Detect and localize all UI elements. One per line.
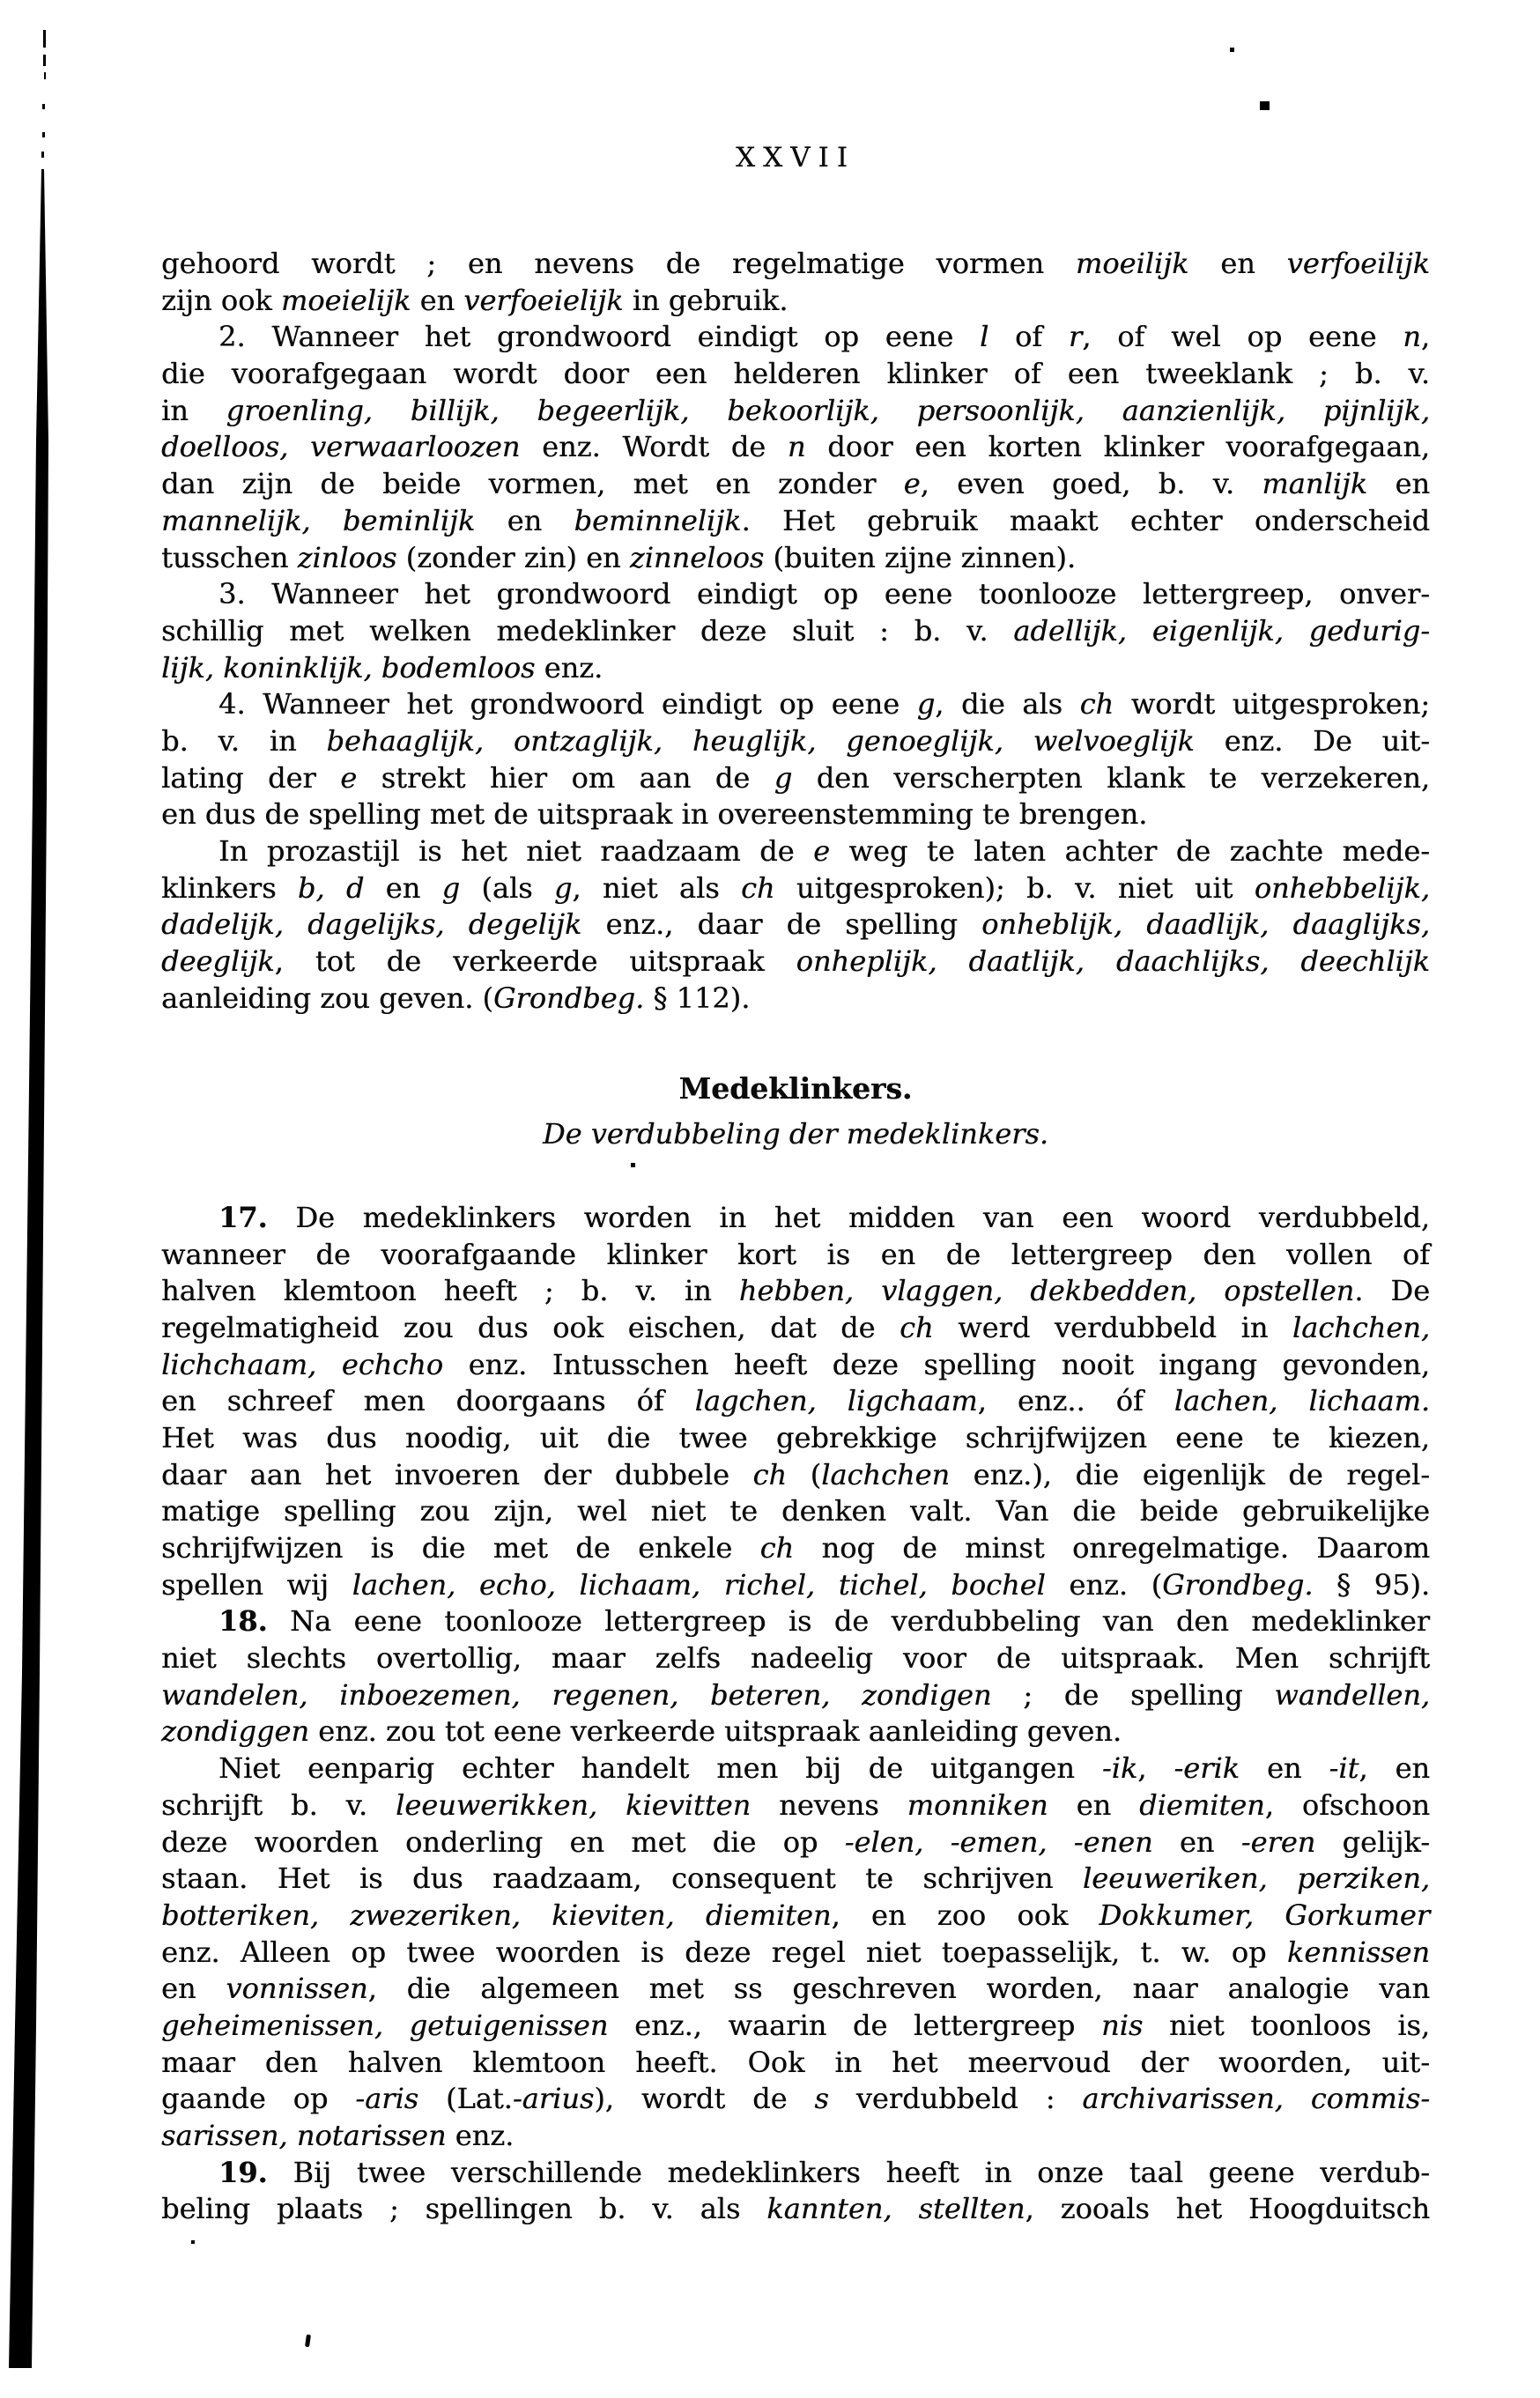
italic-text: onheplijk, daatlijk, daachlijks, deechli… <box>796 944 1430 978</box>
plain-text: enz. <box>447 2119 515 2152</box>
italic-text: -elen, -emen, -enen <box>845 1825 1153 1859</box>
text-line: beling plaats ; spellingen b. v. als kan… <box>161 2191 1430 2228</box>
italic-text: sarissen, notarissen <box>161 2119 447 2152</box>
italic-text: Grondbeg. <box>493 981 644 1015</box>
italic-text: lagchen, ligchaam <box>695 1384 978 1417</box>
plain-text: § 95). <box>1313 1568 1430 1602</box>
italic-text: e <box>904 467 921 500</box>
italic-text: kannten, stellten <box>766 2192 1025 2225</box>
text-line: geheimenissen, getuigenissen enz., waari… <box>161 2008 1430 2045</box>
plain-text: maar den halven klemtoon heeft. Ook in h… <box>161 2046 1430 2079</box>
italic-text: verfoeilijk <box>1287 247 1430 280</box>
plain-text: of <box>988 320 1069 353</box>
italic-text: kennissen <box>1287 1935 1430 1969</box>
plain-text: verdubbeld : <box>829 2082 1083 2115</box>
italic-text: diemiten <box>1139 1788 1265 1822</box>
italic-text: ch <box>753 1458 788 1491</box>
plain-text: , en zoo ook <box>832 1898 1099 1932</box>
plain-text: niet toonloos is, <box>1143 2009 1430 2042</box>
italic-text: s <box>814 2082 828 2115</box>
italic-text: zinloos <box>298 541 397 574</box>
italic-text: deeglijk <box>161 944 275 978</box>
plain-text: en dus de spelling met de uitspraak in o… <box>161 797 1147 831</box>
italic-text: moeilijk <box>1076 247 1189 280</box>
plain-text: uitgesproken); b. v. niet uit <box>775 871 1255 905</box>
italic-text: leeuwerikken, kievitten <box>396 1788 751 1822</box>
text-line: 2. Wanneer het grondwoord eindigt op een… <box>161 319 1430 356</box>
italic-text: lachen, echo, lichaam, richel, tichel, b… <box>352 1568 1046 1602</box>
plain-text: tusschen <box>161 541 298 574</box>
text-line: doelloos, verwaarloozen enz. Wordt de n … <box>161 429 1430 466</box>
italic-text: lachchen, <box>1292 1311 1430 1344</box>
text-line: 19. Bij twee verschillende medeklinkers … <box>161 2155 1430 2192</box>
section-heading: Medeklinkers. <box>161 1070 1430 1107</box>
paragraph-block-1: gehoord wordt ; en nevens de regelmatige… <box>161 246 1430 1017</box>
plain-text: 3. Wanneer het grondwoord eindigt op een… <box>218 577 1430 611</box>
text-line: 18. Na eene toonlooze lettergreep is de … <box>161 1603 1430 1640</box>
text-line: spellen wij lachen, echo, lichaam, riche… <box>161 1567 1430 1604</box>
italic-text: g <box>917 687 935 721</box>
text-line: daar aan het invoeren der dubbele ch (la… <box>161 1457 1430 1494</box>
plain-text: enz. Intusschen heeft deze spelling nooi… <box>443 1348 1430 1381</box>
italic-text: g <box>774 761 792 795</box>
italic-text: Grondbeg. <box>1162 1568 1313 1602</box>
plain-text: ( <box>787 1458 821 1491</box>
text-line: lijk, koninklijk, bodemloos enz. <box>161 650 1430 687</box>
plain-text: , die algemeen met ss geschreven worden,… <box>368 1972 1430 2005</box>
plain-text: enz. Alleen op twee woorden is deze rege… <box>161 1935 1287 1969</box>
italic-text: -aris <box>355 2082 418 2115</box>
italic-text: b, d <box>298 871 364 905</box>
plain-text: enz. ( <box>1046 1568 1162 1602</box>
plain-text: en <box>1153 1825 1241 1859</box>
italic-text: lachen, lichaam. <box>1174 1384 1430 1417</box>
plain-text: . De <box>1354 1274 1430 1307</box>
italic-text: l <box>980 320 988 353</box>
italic-text: g <box>554 871 572 905</box>
italic-text: adellijk, eigenlijk, gedurig- <box>1013 614 1430 648</box>
plain-text: klinkers <box>161 871 298 905</box>
text-line: wanneer de voorafgaande klinker kort is … <box>161 1237 1430 1274</box>
italic-text: n <box>1403 320 1421 353</box>
text-line: schrijft b. v. leeuwerikken, kievitten n… <box>161 1787 1430 1824</box>
italic-text: ch <box>1080 687 1114 721</box>
text-line: schillig met welken medeklinker deze slu… <box>161 613 1430 650</box>
italic-text: ch <box>900 1311 934 1344</box>
plain-text: , ofschoon <box>1265 1788 1430 1822</box>
italic-text: e <box>340 761 357 795</box>
italic-text: -arius <box>513 2082 594 2115</box>
italic-text: leeuweriken, perziken, <box>1083 1861 1430 1895</box>
italic-text: behaaglijk, ontzaglijk, heuglijk, genoeg… <box>326 724 1194 758</box>
plain-text: en <box>475 504 574 537</box>
italic-text: e <box>813 834 830 868</box>
text-line: 17. De medeklinkers worden in het midden… <box>161 1200 1430 1237</box>
italic-text: groenling, billijk, begeerlijk, bekoorli… <box>226 394 1430 427</box>
plain-text: (Lat. <box>418 2082 513 2115</box>
plain-text: enz. <box>535 651 603 685</box>
plain-text: daar aan het invoeren der dubbele <box>161 1458 753 1491</box>
text-line: enz. Alleen op twee woorden is deze rege… <box>161 1935 1430 1972</box>
section-subheading: De verdubbeling der medeklinkers. <box>161 1116 1430 1153</box>
plain-text: enz. zou tot eene verkeerde uitspraak aa… <box>309 1714 1122 1748</box>
text-line: mannelijk, beminlijk en beminnelijk. Het… <box>161 503 1430 540</box>
plain-text: werd verdubbeld in <box>934 1311 1292 1344</box>
text-line: wandelen, inboezemen, regenen, beteren, … <box>161 1677 1430 1714</box>
plain-text: , die als <box>935 687 1079 721</box>
text-line: deeglijk, tot de verkeerde uitspraak onh… <box>161 944 1430 981</box>
ink-speck <box>1230 48 1234 52</box>
plain-text: enz.), die eigenlijk de regel- <box>950 1458 1430 1491</box>
plain-text: spellen wij <box>161 1568 352 1602</box>
plain-text: (buiten zijne zinnen). <box>764 541 1076 574</box>
italic-text: -eren <box>1241 1825 1316 1859</box>
italic-text: geheimenissen, getuigenissen <box>161 2009 608 2042</box>
italic-text: manlijk <box>1262 467 1367 500</box>
text-line: Niet eenparig echter handelt men bij de … <box>161 1750 1430 1787</box>
italic-text: -it <box>1329 1751 1359 1785</box>
plain-text: die voorafgegaan wordt door een helderen… <box>161 357 1430 390</box>
text-line: gehoord wordt ; en nevens de regelmatige… <box>161 246 1430 283</box>
plain-text: schrijfwijzen is die met de enkele <box>161 1531 760 1565</box>
scan-binding-artifact <box>0 0 79 2398</box>
italic-text: beminnelijk <box>574 504 742 537</box>
plain-text: b. v. in <box>161 724 326 758</box>
text-line: dan zijn de beide vormen, met en zonder … <box>161 466 1430 503</box>
text-line: zijn ook moeielijk en verfoeielijk in ge… <box>161 283 1430 320</box>
plain-text: schrijft b. v. <box>161 1788 396 1822</box>
italic-text: botteriken, zwezeriken, kieviten, diemit… <box>161 1898 832 1932</box>
italic-text: Dokkumer, Gorkumer <box>1099 1898 1431 1932</box>
text-line: niet slechts overtollig, maar zelfs nade… <box>161 1640 1430 1677</box>
italic-text: doelloos, verwaarloozen <box>161 430 520 463</box>
plain-text: ; de spelling <box>992 1678 1275 1712</box>
plain-text: strekt hier om aan de <box>357 761 774 795</box>
text-line: tusschen zinloos (zonder zin) en zinnelo… <box>161 540 1430 577</box>
bold-text: 17. <box>218 1201 268 1234</box>
text-line: deze woorden onderling en met die op -el… <box>161 1824 1430 1861</box>
text-line: Het was dus noodig, uit die twee gebrekk… <box>161 1420 1430 1457</box>
plain-text: (als <box>460 871 554 905</box>
plain-text: Na eene toonlooze lettergreep is de verd… <box>268 1604 1430 1638</box>
text-line: b. v. in behaaglijk, ontzaglijk, heuglij… <box>161 723 1430 760</box>
italic-text: -ik <box>1102 1751 1137 1785</box>
plain-text: enz. De uit- <box>1195 724 1430 758</box>
text-line: In prozastijl is het niet raadzaam de e … <box>161 833 1430 870</box>
text-line: die voorafgegaan wordt door een helderen… <box>161 356 1430 393</box>
plain-text: De medeklinkers worden in het midden van… <box>268 1201 1430 1234</box>
italic-text: archivarissen, commis- <box>1082 2082 1430 2115</box>
italic-text: wandelen, inboezemen, regenen, beteren, … <box>161 1678 992 1712</box>
plain-text: gehoord wordt ; en nevens de regelmatige… <box>161 247 1076 280</box>
plain-text: en schreef men doorgaans óf <box>161 1384 695 1417</box>
bold-text: 18. <box>218 1604 268 1638</box>
page-number: XXVII <box>161 142 1430 174</box>
plain-text: Bij twee verschillende medeklinkers heef… <box>268 2156 1430 2189</box>
italic-text: vonnissen <box>226 1972 367 2005</box>
paragraph-block-2: 17. De medeklinkers worden in het midden… <box>161 1200 1430 2228</box>
plain-text: door een korten klinker voorafgegaan, <box>805 430 1430 463</box>
ink-speck <box>305 2335 311 2348</box>
plain-text: enz., waarin de lettergreep <box>608 2009 1101 2042</box>
plain-text: gaande op <box>161 2082 355 2115</box>
plain-text: . Het gebruik maakt echter onderscheid <box>741 504 1430 537</box>
plain-text: Het was dus noodig, uit die twee gebrekk… <box>161 1421 1430 1454</box>
text-line: in groenling, billijk, begeerlijk, bekoo… <box>161 393 1430 430</box>
plain-text: den verscherpten klank te verzekeren, <box>792 761 1430 795</box>
italic-text: ch <box>741 871 775 905</box>
plain-text: nog de minst onregelmatige. Daarom <box>794 1531 1430 1565</box>
plain-text: regelmatigheid zou dus ook eischen, dat … <box>161 1311 900 1344</box>
italic-text: moeielijk <box>281 284 411 317</box>
italic-text: zondiggen <box>161 1714 309 1748</box>
italic-text: r <box>1069 320 1082 353</box>
plain-text: deze woorden onderling en met die op <box>161 1825 845 1859</box>
plain-text: nevens <box>751 1788 907 1822</box>
italic-text: onheblijk, daadlijk, daaglijks, <box>981 907 1430 941</box>
plain-text: en <box>1048 1788 1139 1822</box>
text-line: gaande op -aris (Lat.-arius), wordt de s… <box>161 2081 1430 2118</box>
text-line: lating der e strekt hier om aan de g den… <box>161 760 1430 797</box>
plain-text: Niet eenparig echter handelt men bij de … <box>218 1751 1102 1785</box>
italic-text: n <box>788 430 806 463</box>
bold-text: 19. <box>218 2156 268 2189</box>
text-line: 4. Wanneer het grondwoord eindigt op een… <box>161 686 1430 723</box>
plain-text: In prozastijl is het niet raadzaam de <box>218 834 813 868</box>
plain-text: 2. Wanneer het grondwoord eindigt op een… <box>218 320 980 353</box>
plain-text: niet slechts overtollig, maar zelfs nade… <box>161 1641 1430 1675</box>
plain-text: matige spelling zou zijn, wel niet te de… <box>161 1494 1430 1528</box>
ink-speck <box>191 2240 195 2244</box>
plain-text: weg te laten achter de zachte mede- <box>830 834 1430 868</box>
italic-text: ch <box>760 1531 795 1565</box>
italic-text: wandellen, <box>1274 1678 1430 1712</box>
italic-text: hebben, vlaggen, dekbedden, opstellen <box>739 1274 1354 1307</box>
plain-text: zijn ook <box>161 284 281 317</box>
italic-text: verfoeielijk <box>463 284 623 317</box>
text-line: en schreef men doorgaans óf lagchen, lig… <box>161 1383 1430 1420</box>
plain-text: gelijk- <box>1315 1825 1430 1859</box>
plain-text: , <box>1421 320 1430 353</box>
text-line: maar den halven klemtoon heeft. Ook in h… <box>161 2045 1430 2082</box>
text-line: klinkers b, d en g (als g, niet als ch u… <box>161 870 1430 907</box>
plain-text: staan. Het is dus raadzaam, consequent t… <box>161 1861 1083 1895</box>
text-line: lichchaam, echcho enz. Intusschen heeft … <box>161 1347 1430 1384</box>
italic-text: dadelijk, dagelijks, degelijk <box>161 907 581 941</box>
plain-text: en <box>161 1972 226 2005</box>
plain-text: wanneer de voorafgaande klinker kort is … <box>161 1238 1430 1271</box>
italic-text: lijk, koninklijk, bodemloos <box>161 651 535 685</box>
document-page: XXVII gehoord wordt ; en nevens de regel… <box>0 0 1540 2398</box>
text-line: en vonnissen, die algemeen met ss geschr… <box>161 1971 1430 2008</box>
plain-text: , zooals het Hoogduitsch <box>1025 2192 1430 2225</box>
text-line: sarissen, notarissen enz. <box>161 2118 1430 2155</box>
italic-text: onhebbelijk, <box>1255 871 1430 905</box>
plain-text: dan zijn de beide vormen, met en zonder <box>161 467 904 500</box>
plain-text: , <box>1137 1751 1174 1785</box>
plain-text: en <box>411 284 463 317</box>
plain-text: 4. Wanneer het grondwoord eindigt op een… <box>218 687 917 721</box>
text-line: halven klemtoon heeft ; b. v. in hebben,… <box>161 1273 1430 1310</box>
text-line: regelmatigheid zou dus ook eischen, dat … <box>161 1310 1430 1347</box>
italic-text: lachchen <box>821 1458 950 1491</box>
plain-text: beling plaats ; spellingen b. v. als <box>161 2192 766 2225</box>
plain-text: § 112). <box>644 981 750 1015</box>
plain-text: , enz.. óf <box>978 1384 1174 1417</box>
plain-text: en <box>1188 247 1286 280</box>
italic-text: nis <box>1101 2009 1143 2042</box>
text-line: 3. Wanneer het grondwoord eindigt op een… <box>161 576 1430 613</box>
plain-text: enz., daar de spelling <box>581 907 981 941</box>
plain-text: en <box>364 871 441 905</box>
plain-text: , even goed, b. v. <box>921 467 1262 500</box>
italic-text: zinneloos <box>630 541 764 574</box>
plain-text: in gebruik. <box>624 284 789 317</box>
plain-text: halven klemtoon heeft ; b. v. in <box>161 1274 739 1307</box>
italic-text: mannelijk, beminlijk <box>161 504 475 537</box>
plain-text: , niet als <box>572 871 741 905</box>
plain-text: enz. Wordt de <box>520 430 788 463</box>
text-line: staan. Het is dus raadzaam, consequent t… <box>161 1861 1430 1898</box>
plain-text: en <box>1240 1751 1329 1785</box>
plain-text: , en <box>1359 1751 1430 1785</box>
plain-text: (zonder zin) en <box>396 541 629 574</box>
plain-text: ), wordt de <box>594 2082 814 2115</box>
plain-text: en <box>1367 467 1430 500</box>
plain-text: , tot de verkeerde uitspraak <box>275 944 796 978</box>
ink-speck <box>1260 101 1270 110</box>
plain-text: schillig met welken medeklinker deze slu… <box>161 614 1013 648</box>
text-line: schrijfwijzen is die met de enkele ch no… <box>161 1530 1430 1567</box>
text-line: botteriken, zwezeriken, kieviten, diemit… <box>161 1898 1430 1935</box>
text-line: matige spelling zou zijn, wel niet te de… <box>161 1493 1430 1530</box>
plain-text: wordt uitgesproken; <box>1114 687 1430 721</box>
plain-text: lating der <box>161 761 340 795</box>
plain-text: in <box>161 394 226 427</box>
italic-text: lichchaam, echcho <box>161 1348 443 1381</box>
text-line: zondiggen enz. zou tot eene verkeerde ui… <box>161 1713 1430 1750</box>
plain-text: , of wel op eene <box>1082 320 1403 353</box>
text-line: en dus de spelling met de uitspraak in o… <box>161 796 1430 833</box>
text-line: dadelijk, dagelijks, degelijk enz., daar… <box>161 907 1430 944</box>
text-block: gehoord wordt ; en nevens de regelmatige… <box>161 246 1430 2228</box>
text-line: aanleiding zou geven. (Grondbeg. § 112). <box>161 981 1430 1018</box>
italic-text: monniken <box>907 1788 1048 1822</box>
plain-text: aanleiding zou geven. ( <box>161 981 493 1015</box>
italic-text: g <box>442 871 460 905</box>
italic-text: -erik <box>1174 1751 1240 1785</box>
